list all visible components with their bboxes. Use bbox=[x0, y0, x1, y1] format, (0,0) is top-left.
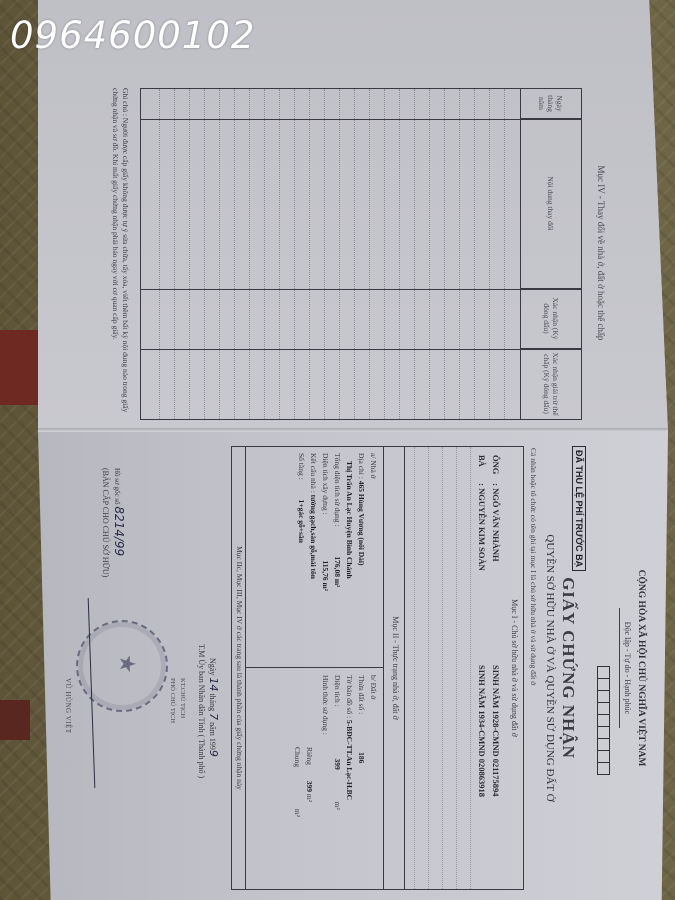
house-total-area: Tổng diện tích sử dụng : 176,08 m² bbox=[333, 453, 342, 587]
phone-watermark: 0964600102 bbox=[10, 14, 255, 57]
land-shared: Chung m² bbox=[293, 747, 302, 817]
label: Kết cấu nhà : bbox=[309, 453, 318, 493]
ruled-line bbox=[354, 89, 355, 419]
ruled-line bbox=[384, 89, 385, 419]
col-divider bbox=[141, 119, 581, 120]
label: Chung bbox=[293, 747, 302, 767]
col-confirm: Xác nhận (Ký đóng dấu) bbox=[521, 289, 581, 349]
house-built-area: Diện tích xây dựng : 115,76 m² bbox=[321, 453, 330, 591]
land-area: Diện tích : 399 m² bbox=[333, 675, 342, 810]
signer-name: VŨ HÙNG VIỆT bbox=[64, 678, 72, 734]
ruled-line bbox=[369, 89, 370, 419]
usage-note: Ghi chú : Người được cấp giấy không được… bbox=[110, 88, 130, 418]
ruled-line bbox=[309, 89, 310, 419]
section-i-owners: Mục I - Chủ sở hữu nhà ở và sử dụng đất … bbox=[404, 446, 524, 890]
ruled-line bbox=[294, 89, 295, 419]
signer-role: KT.CHỦ TỊCH bbox=[179, 678, 186, 718]
dotted-line bbox=[414, 447, 415, 889]
value: 399 bbox=[305, 781, 314, 792]
house-address-line2: Thị Trấn An Lạc Huyện Bình Chánh bbox=[345, 461, 354, 579]
ruled-line bbox=[264, 89, 265, 419]
owner-name: : NGÔ VĂN NHÀNH bbox=[491, 483, 501, 561]
section-i-title: Mục I - Chủ sở hữu nhà ở và sử dụng đất … bbox=[510, 447, 519, 889]
section-ii-title: Mục II - Thực trạng nhà ở, đất ở bbox=[391, 447, 400, 889]
day-value: 14 bbox=[207, 677, 220, 691]
land-map: Tờ bản đồ số : 5-BĐC-TT.An Lạc-H.BC bbox=[345, 675, 354, 800]
ruled-line bbox=[219, 89, 220, 419]
certificate-subtitle: QUYỀN SỞ HỮU NHÀ Ở VÀ QUYỀN SỬ DỤNG ĐẤT … bbox=[544, 478, 556, 858]
value: 1+gác gỗ+sân bbox=[297, 500, 306, 543]
ruled-line bbox=[489, 89, 490, 419]
col-divider bbox=[141, 289, 581, 290]
col-date: Ngày tháng năm bbox=[521, 89, 581, 119]
ruled-line bbox=[429, 89, 430, 419]
value: 115,76 m² bbox=[321, 560, 330, 591]
certificate-description: Cá nhân hoặc tổ chức có tên ghi tại mục … bbox=[529, 448, 538, 888]
certificate-title: GIẤY CHỨNG NHẬN bbox=[558, 478, 578, 858]
label: Tờ bản đồ số : bbox=[345, 675, 354, 718]
owner-birth-id: SINH NĂM 1928-CMND 021175894 bbox=[491, 665, 501, 797]
house-header: a/ Nhà ở bbox=[369, 453, 378, 479]
ruled-line bbox=[504, 89, 505, 419]
label: tháng bbox=[208, 693, 217, 711]
ruled-line bbox=[339, 89, 340, 419]
serial-number-boxes bbox=[597, 666, 610, 775]
value: 399 bbox=[333, 759, 342, 770]
value: 186 bbox=[357, 752, 366, 763]
ruled-line bbox=[234, 89, 235, 419]
motto-underline bbox=[619, 608, 620, 728]
divider bbox=[383, 447, 384, 889]
col-release: Xác nhận giải trừ thế chấp (Ký đóng dấu) bbox=[521, 349, 581, 419]
label: Hồ sơ gốc số bbox=[113, 468, 121, 505]
ruled-line bbox=[444, 89, 445, 419]
republic-header: CỘNG HÒA XÃ HỘI CHỦ NGHĨA VIỆT NAM bbox=[636, 478, 646, 858]
col-divider bbox=[141, 349, 581, 350]
section-ii-status: Mục II - Thực trạng nhà ở, đất ở a/ Nhà … bbox=[245, 446, 406, 890]
ruled-line bbox=[189, 89, 190, 419]
label: Thửa đất số : bbox=[357, 675, 366, 714]
section-iv-title: Mục IV - Thay đổi về nhà ở, đất ở hoặc t… bbox=[596, 88, 606, 418]
owner-label: ÔNG bbox=[491, 455, 501, 481]
section-iv-header: Ngày tháng năm Nội dung thay đổi Xác nhậ… bbox=[520, 89, 581, 419]
owner-birth-id: SINH NĂM 1934-CMND 020863918 bbox=[477, 665, 487, 797]
section-iv-table: Ngày tháng năm Nội dung thay đổi Xác nhậ… bbox=[140, 88, 582, 420]
file-number: Hồ sơ gốc số 8214/99 bbox=[112, 468, 126, 556]
background-object bbox=[0, 700, 30, 740]
ruled-line bbox=[159, 89, 160, 419]
lower-page: CỘNG HÒA XÃ HỘI CHỦ NGHĨA VIỆT NAM Độc l… bbox=[50, 448, 670, 888]
unit: m² bbox=[333, 802, 342, 810]
dotted-line bbox=[442, 447, 443, 889]
label: năm 199 bbox=[208, 722, 217, 750]
land-plot: Thửa đất số : 186 bbox=[357, 675, 366, 763]
month-value: 7 bbox=[207, 713, 220, 720]
owner-row: BÀ : NGUYỄN KIM SOÀN SINH NĂM 1934-CMND … bbox=[477, 455, 487, 571]
unit: m² bbox=[293, 809, 302, 817]
owner-row: ÔNG : NGÔ VĂN NHÀNH SINH NĂM 1928-CMND 0… bbox=[491, 455, 501, 562]
label: Diện tích xây dựng : bbox=[321, 453, 330, 515]
dotted-line bbox=[470, 447, 471, 889]
house-structure: Kết cấu nhà : tường gạch,sàn gỗ,mái tôn bbox=[309, 453, 318, 579]
ruled-line bbox=[474, 89, 475, 419]
label: Số tầng : bbox=[297, 453, 306, 480]
ruled-line bbox=[399, 89, 400, 419]
year-digit: 9 bbox=[207, 750, 220, 757]
dotted-line bbox=[428, 447, 429, 889]
page-fold bbox=[38, 428, 668, 432]
ruled-line bbox=[459, 89, 460, 419]
label: Tổng diện tích sử dụng : bbox=[333, 453, 342, 526]
divider bbox=[246, 667, 384, 668]
signer-role-2: PHÓ CHỦ TỊCH bbox=[169, 678, 176, 723]
national-motto: Độc lập - Tự do - Hạnh phúc bbox=[623, 478, 632, 858]
ruled-line bbox=[249, 89, 250, 419]
ruled-line bbox=[279, 89, 280, 419]
value: tường gạch,sàn gỗ,mái tôn bbox=[309, 495, 318, 579]
col-content: Nội dung thay đổi bbox=[521, 119, 581, 289]
label: Diện tích : bbox=[333, 675, 342, 707]
house-floors: Số tầng : 1+gác gỗ+sân bbox=[297, 453, 306, 543]
value: 176,08 m² bbox=[333, 556, 342, 587]
house-address: Địa chỉ : 465 Hùng Vương (nối Dài) bbox=[357, 453, 366, 566]
land-private: Riêng 399 m² bbox=[305, 747, 314, 802]
label: Địa chỉ : bbox=[357, 453, 366, 479]
dotted-line bbox=[456, 447, 457, 889]
label: Riêng bbox=[305, 747, 314, 765]
value: 8214/99 bbox=[112, 506, 126, 556]
ruled-line bbox=[204, 89, 205, 419]
copy-note: (BẢN CẤP CHO CHỦ SỞ HỮU) bbox=[101, 468, 110, 577]
owner-name: : NGUYỄN KIM SOÀN bbox=[477, 483, 487, 571]
issuing-authority: T.M Ủy ban Nhân dân Tỉnh ( Thành phố ) bbox=[197, 644, 206, 778]
land-header: b/ Đất ở bbox=[369, 675, 378, 699]
value: 5-BĐC-TT.An Lạc-H.BC bbox=[345, 720, 354, 800]
ruled-line bbox=[174, 89, 175, 419]
ruled-line bbox=[414, 89, 415, 419]
unit: m² bbox=[305, 794, 314, 802]
value: 465 Hùng Vương (nối Dài) bbox=[357, 481, 366, 566]
label: Ngày bbox=[208, 658, 217, 675]
background-object bbox=[0, 330, 40, 405]
issue-date: Ngày 14 tháng 7 năm 1999 bbox=[207, 658, 220, 757]
upper-page: Mục IV - Thay đổi về nhà ở, đất ở hoặc t… bbox=[142, 88, 612, 418]
land-usage: Hình thức sử dụng : bbox=[321, 675, 330, 735]
value: Thị Trấn An Lạc Huyện Bình Chánh bbox=[345, 461, 354, 579]
section-continuation-note: Mục IIc, Mục III, Mục IV ở các trang sau… bbox=[231, 446, 246, 890]
owner-label: BÀ bbox=[477, 455, 487, 481]
ruled-line bbox=[324, 89, 325, 419]
